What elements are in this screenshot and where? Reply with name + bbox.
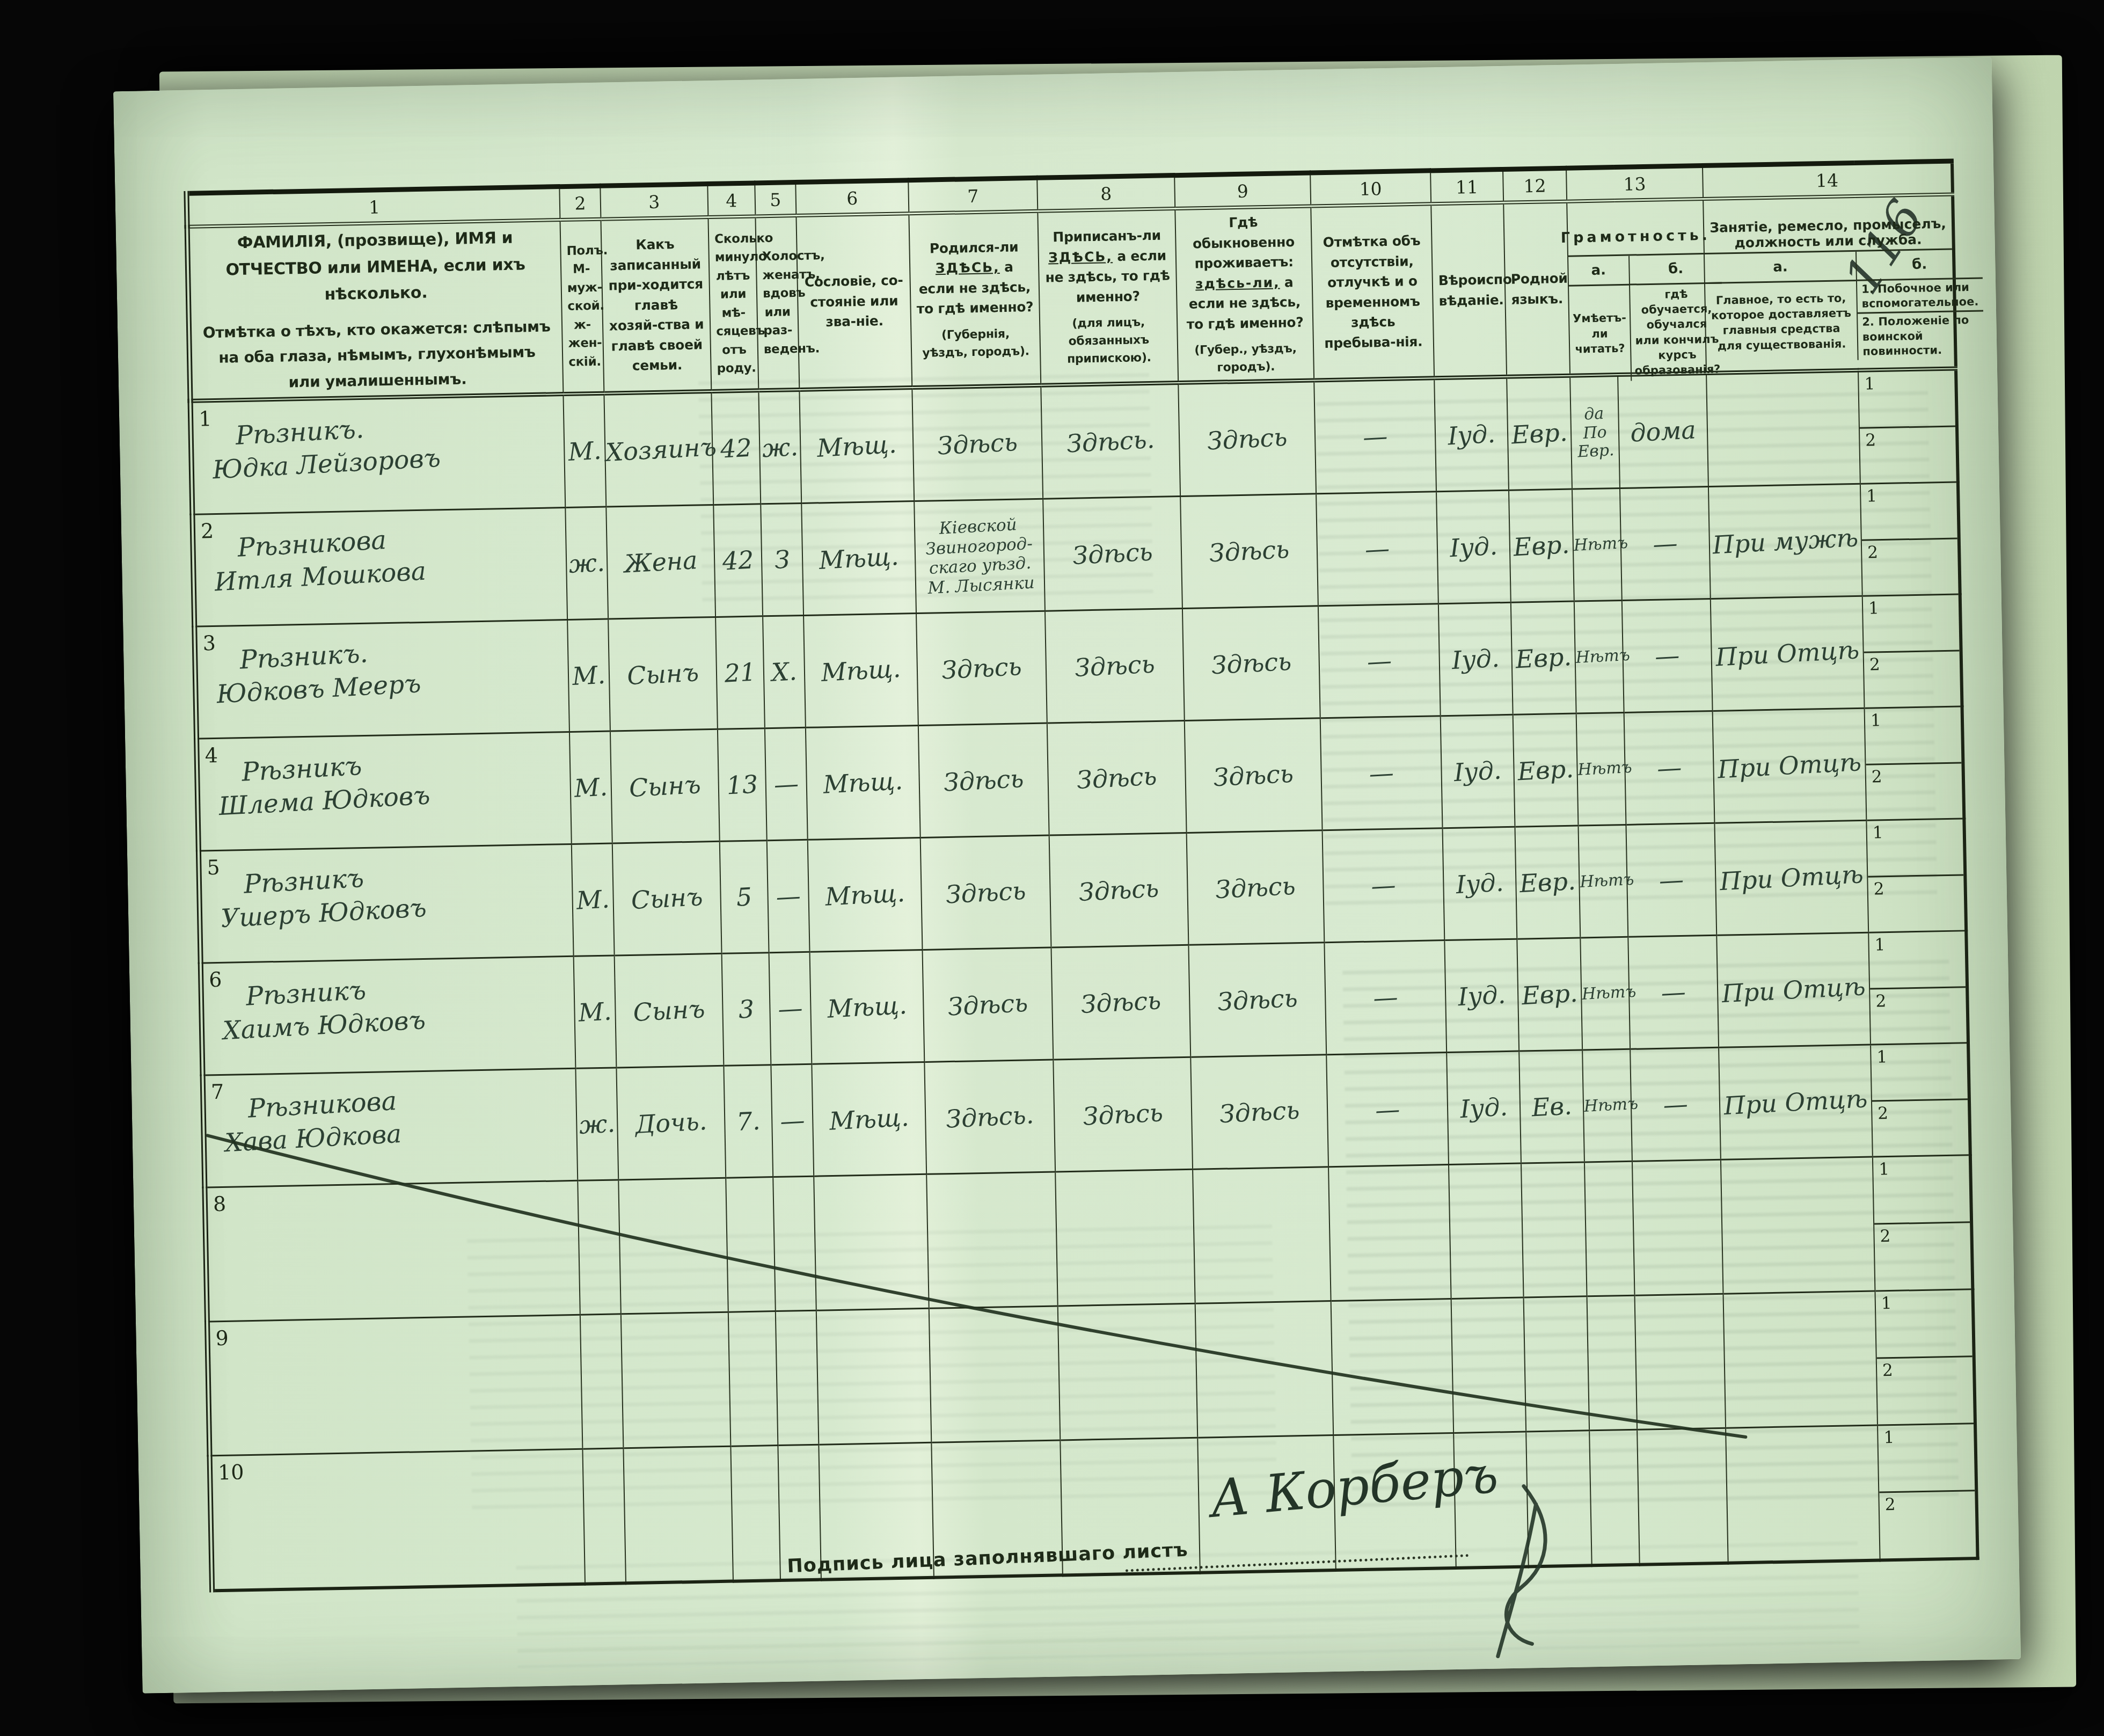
header-residence-column: Гдѣ обыкновенно проживаетъ: здѣсь-ли, а … bbox=[1175, 206, 1314, 383]
cell-education: дома bbox=[1618, 373, 1708, 488]
header-estate-column: Сословіе, со-стояніе или зва-ніе. bbox=[796, 214, 912, 390]
col-number: 5 bbox=[755, 183, 796, 216]
cell-secondary-occupation: 1 2 bbox=[1873, 1155, 1973, 1291]
cell-age: 3 bbox=[722, 953, 771, 1066]
header-literacy-group: Грамотность. а. Умѣетъ-ли читать? б. гдѣ… bbox=[1567, 199, 1706, 376]
row-number: 6 bbox=[209, 968, 222, 991]
cell-absence bbox=[1328, 1165, 1451, 1301]
cell-age: 42 bbox=[713, 504, 763, 617]
cell-birthplace: Здѣсь bbox=[920, 835, 1051, 950]
cell-occupation: При Отцѣ bbox=[1719, 1045, 1873, 1159]
cell-registration: Здѣсь bbox=[1051, 945, 1190, 1060]
cell-religion: Іуд. bbox=[1434, 377, 1509, 492]
col-number: 12 bbox=[1503, 168, 1567, 202]
row-number: 5 bbox=[207, 856, 220, 879]
cell-residence: Здѣсь bbox=[1178, 381, 1316, 497]
col-number: 8 bbox=[1037, 176, 1175, 211]
cell-occupation: При мужѣ bbox=[1708, 484, 1862, 599]
cell-language: Евр. bbox=[1517, 938, 1582, 1051]
cell-occupation: При Отцѣ bbox=[1714, 820, 1868, 935]
cell-registration bbox=[1058, 1304, 1198, 1441]
cell-education: — bbox=[1630, 1048, 1721, 1162]
cell-registration bbox=[1055, 1170, 1195, 1307]
cell-education: — bbox=[1620, 487, 1711, 601]
cell-marital: З bbox=[761, 504, 803, 616]
cell-language: Евр. bbox=[1511, 601, 1576, 714]
cell-marital bbox=[773, 1177, 816, 1311]
cell-marital: Х. bbox=[763, 616, 806, 728]
col-number: 14 bbox=[1703, 161, 1953, 199]
cell-occupation bbox=[1721, 1157, 1875, 1294]
cell-registration: Здѣсь bbox=[1047, 721, 1187, 836]
cell-secondary-occupation: 1 2 bbox=[1858, 369, 1958, 484]
cell-religion: Іуд. bbox=[1444, 939, 1519, 1052]
cell-age: 13 bbox=[718, 728, 767, 842]
census-table: 1 2 3 4 5 6 7 8 9 10 11 12 13 14 ФАМИЛІЯ… bbox=[184, 159, 1979, 1593]
cell-absence: — bbox=[1326, 1053, 1449, 1167]
cell-relation: Хозяинъ bbox=[604, 391, 713, 507]
col-number: 6 bbox=[795, 180, 909, 216]
cell-literate: Нѣтъ bbox=[1578, 825, 1628, 938]
header-registration-column: Приписанъ-ли ЗДѢСЬ, а если не здѣсь, то … bbox=[1038, 209, 1178, 385]
cell-birthplace bbox=[929, 1306, 1061, 1442]
cell-age bbox=[730, 1446, 780, 1581]
col-number: 3 bbox=[600, 184, 708, 220]
cell-relation: Сынъ bbox=[612, 842, 722, 956]
cell-estate: Мѣщ. bbox=[801, 501, 916, 616]
cell-secondary-occupation: 1 2 bbox=[1868, 931, 1968, 1045]
cell-estate: Мѣщ. bbox=[808, 838, 923, 952]
cell-name: 6 Рѣзникъ Хаимъ Юдковъ bbox=[201, 957, 576, 1076]
cell-secondary-occupation: 1 2 bbox=[1860, 482, 1960, 596]
header-name-column: ФАМИЛІЯ, (прозвище), ИМЯ и ОТЧЕСТВО или … bbox=[187, 220, 564, 401]
cell-sex: ж. bbox=[575, 1068, 618, 1180]
cell-secondary-occupation: 1 2 bbox=[1866, 819, 1966, 932]
cell-occupation bbox=[1706, 370, 1860, 487]
cell-sex: М. bbox=[567, 619, 610, 732]
cell-estate: Мѣщ. bbox=[803, 614, 918, 728]
cell-secondary-occupation: 1 2 bbox=[1875, 1289, 1975, 1425]
cell-literate: Нѣтъ bbox=[1582, 1049, 1632, 1163]
cell-secondary-occupation: 1 2 bbox=[1865, 706, 1964, 820]
cell-religion: Іуд. bbox=[1436, 491, 1511, 604]
scanned-photo: { "page": { "number": "116" }, "header":… bbox=[0, 0, 2104, 1736]
row-number: 7 bbox=[211, 1080, 224, 1104]
header-sex-column: Полъ. М-муж-ской. ж-жен-скій. bbox=[560, 219, 604, 394]
cell-estate: Мѣщ. bbox=[810, 950, 925, 1064]
cell-occupation bbox=[1723, 1291, 1877, 1428]
cell-sex bbox=[582, 1448, 626, 1584]
cell-literate bbox=[1587, 1296, 1638, 1431]
cell-sex bbox=[578, 1180, 621, 1315]
cell-registration: Здѣсь bbox=[1049, 833, 1189, 948]
cell-relation: Сынъ bbox=[608, 617, 718, 732]
cell-marital: — bbox=[765, 728, 808, 841]
cell-language: Евр. bbox=[1509, 489, 1574, 602]
cell-religion bbox=[1449, 1163, 1524, 1299]
cell-education bbox=[1635, 1294, 1726, 1430]
cell-name: 2 Рѣзникова Итля Мошкова bbox=[192, 508, 567, 627]
row-number: 10 bbox=[218, 1461, 244, 1485]
cell-relation bbox=[621, 1312, 731, 1448]
cell-sex: ж. bbox=[565, 507, 608, 619]
cell-age: 7. bbox=[724, 1065, 773, 1178]
cell-literate bbox=[1589, 1429, 1640, 1565]
cell-residence: Здѣсь bbox=[1188, 943, 1326, 1057]
cell-religion: Іуд. bbox=[1441, 715, 1515, 828]
cell-occupation: При Отцѣ bbox=[1716, 932, 1871, 1047]
header-relation-column: Какъ записанный при-ходится главѣ хозяй-… bbox=[601, 217, 711, 393]
cell-estate: Мѣщ. bbox=[799, 388, 914, 503]
cell-age: 21 bbox=[715, 616, 765, 730]
col-number: 10 bbox=[1310, 171, 1431, 206]
cell-registration: Здѣсь bbox=[1045, 609, 1185, 724]
cell-education: — bbox=[1624, 711, 1715, 825]
cell-birthplace bbox=[926, 1172, 1058, 1308]
cell-marital bbox=[776, 1310, 819, 1445]
col-number: 2 bbox=[559, 186, 601, 220]
cell-residence: Здѣсь bbox=[1190, 1055, 1328, 1170]
cell-birthplace: Здѣсь bbox=[918, 723, 1049, 837]
cell-language: Евр. bbox=[1513, 713, 1579, 827]
cell-name: 4 Рѣзникъ Шлема Юдковъ bbox=[196, 732, 572, 851]
header-birthplace-column: Родился-ли ЗДѢСЬ, а если не здѣсь, то гд… bbox=[909, 211, 1041, 388]
cell-birthplace: Здѣсь bbox=[923, 947, 1054, 1062]
cell-occupation bbox=[1726, 1425, 1880, 1563]
cell-name: 10 bbox=[210, 1449, 585, 1591]
cell-name: 9 bbox=[207, 1315, 582, 1456]
cell-estate: Мѣщ. bbox=[812, 1062, 926, 1177]
cell-religion bbox=[1451, 1297, 1526, 1433]
cell-marital: — bbox=[769, 952, 812, 1065]
cell-literate: Нѣтъ bbox=[1576, 713, 1626, 826]
cell-occupation: При Отцѣ bbox=[1711, 596, 1865, 711]
census-sheet: 116 1 2 3 4 5 6 7 8 9 10 11 12 13 14 bbox=[113, 57, 2021, 1694]
cell-name: 7 Рѣзникова Хава Юдкова bbox=[203, 1069, 578, 1188]
row-number: 8 bbox=[213, 1192, 227, 1216]
cell-education: — bbox=[1622, 599, 1713, 713]
cell-absence: — bbox=[1320, 716, 1443, 830]
cell-religion: Іуд. bbox=[1446, 1051, 1521, 1164]
cell-name: 5 Рѣзникъ Ушеръ Юдковъ bbox=[199, 844, 574, 964]
cell-age bbox=[726, 1177, 776, 1312]
col-number: 9 bbox=[1174, 173, 1311, 209]
row-number: 9 bbox=[215, 1326, 229, 1350]
cell-education bbox=[1637, 1428, 1728, 1564]
cell-name: 3 Рѣзникъ. Юдковъ Мееръ bbox=[194, 620, 569, 739]
cell-age: 42 bbox=[711, 391, 761, 505]
header-absence-column: Отмѣтка объ отсутствіи, отлучкѣ и о врем… bbox=[1311, 204, 1434, 381]
cell-birthplace: Здѣсь bbox=[916, 611, 1047, 725]
cell-birthplace: Здѣсь. bbox=[924, 1060, 1055, 1174]
cell-registration: Здѣсь bbox=[1043, 497, 1182, 611]
cell-occupation: При Отцѣ bbox=[1713, 709, 1867, 823]
cell-registration: Здѣсь. bbox=[1041, 383, 1180, 499]
row-number: 3 bbox=[202, 631, 216, 655]
cell-absence: — bbox=[1316, 492, 1438, 606]
cell-secondary-occupation: 1 2 bbox=[1871, 1043, 1970, 1157]
cell-literate: Нѣтъ bbox=[1574, 601, 1624, 714]
cell-relation: Дочь. bbox=[616, 1066, 726, 1180]
cell-sex: М. bbox=[569, 731, 612, 844]
cell-education: — bbox=[1626, 823, 1716, 937]
cell-age bbox=[728, 1311, 778, 1447]
cell-absence: — bbox=[1318, 604, 1441, 718]
cell-estate: Мѣщ. bbox=[806, 726, 920, 840]
cell-relation: Сынъ bbox=[610, 730, 720, 844]
cell-residence: Здѣсь bbox=[1180, 494, 1318, 609]
cell-absence: — bbox=[1324, 940, 1446, 1055]
col-number: 7 bbox=[908, 178, 1038, 213]
cell-language bbox=[1524, 1296, 1590, 1432]
cell-marital: — bbox=[767, 840, 810, 953]
cell-residence: Здѣсь bbox=[1185, 718, 1323, 833]
header-language-column: Родной языкъ. bbox=[1503, 201, 1570, 377]
cell-name: 1 Рѣзникъ. Юдка Лейзоровъ bbox=[191, 394, 566, 514]
cell-birthplace: Здѣсь bbox=[912, 385, 1043, 501]
cell-literate: да По Евр. bbox=[1570, 375, 1620, 489]
cell-language bbox=[1521, 1162, 1587, 1297]
cell-estate bbox=[814, 1175, 929, 1311]
cell-residence bbox=[1193, 1167, 1331, 1304]
col-number: 11 bbox=[1430, 169, 1503, 203]
cell-relation bbox=[623, 1446, 733, 1583]
row-number: 1 bbox=[199, 407, 212, 431]
column-header-row: ФАМИЛІЯ, (прозвище), ИМЯ и ОТЧЕСТВО или … bbox=[187, 194, 1956, 401]
cell-secondary-occupation: 1 2 bbox=[1862, 594, 1962, 708]
cell-name: 8 bbox=[204, 1181, 580, 1322]
row-number: 2 bbox=[201, 519, 214, 543]
cell-residence: Здѣсь bbox=[1182, 606, 1320, 721]
cell-relation: Сынъ bbox=[615, 954, 724, 1068]
cell-marital: ж. bbox=[758, 390, 801, 504]
cell-language: Ев. bbox=[1519, 1050, 1584, 1163]
cell-birthplace: Кіевской Звиногород- скаго уѣзд. М. Лыся… bbox=[914, 499, 1045, 613]
cell-secondary-occupation: 1 2 bbox=[1877, 1424, 1978, 1560]
cell-age: 5 bbox=[720, 841, 769, 954]
cell-sex bbox=[580, 1314, 624, 1449]
cell-relation bbox=[618, 1178, 728, 1315]
cell-religion: Іуд. bbox=[1438, 603, 1513, 716]
header-occupation-group: Занятіе, ремесло, промыселъ, должность и… bbox=[1703, 194, 1956, 373]
cell-residence: Здѣсь bbox=[1187, 830, 1325, 945]
cell-language: Евр. bbox=[1515, 826, 1580, 939]
cell-education bbox=[1632, 1160, 1723, 1296]
col-number: 13 bbox=[1566, 166, 1703, 202]
cell-relation: Жена bbox=[606, 505, 715, 619]
cell-absence: — bbox=[1314, 378, 1436, 494]
cell-language bbox=[1526, 1431, 1592, 1567]
cell-sex: М. bbox=[574, 955, 617, 1068]
cell-sex: М. bbox=[572, 843, 615, 956]
cell-sex: М. bbox=[563, 393, 606, 508]
cell-literate: Нѣтъ bbox=[1572, 488, 1622, 602]
col-number: 4 bbox=[707, 183, 755, 217]
header-age-column: Сколько минуло лѣтъ или мѣ-сяцевъ отъ ро… bbox=[708, 216, 758, 391]
cell-absence bbox=[1331, 1299, 1454, 1435]
cell-education: — bbox=[1628, 936, 1719, 1049]
cell-registration: Здѣсь bbox=[1053, 1057, 1193, 1172]
row-number: 4 bbox=[204, 743, 218, 767]
cell-absence: — bbox=[1323, 828, 1445, 943]
header-religion-column: Вѣроиспо-вѣданіе. bbox=[1431, 202, 1507, 378]
cell-residence bbox=[1195, 1301, 1334, 1438]
cell-religion: Іуд. bbox=[1443, 827, 1517, 940]
cell-language: Евр. bbox=[1507, 376, 1572, 491]
cell-literate: Нѣтъ bbox=[1580, 937, 1630, 1051]
cell-estate bbox=[816, 1309, 932, 1445]
cell-marital: — bbox=[771, 1064, 814, 1177]
cell-literate bbox=[1584, 1162, 1635, 1297]
